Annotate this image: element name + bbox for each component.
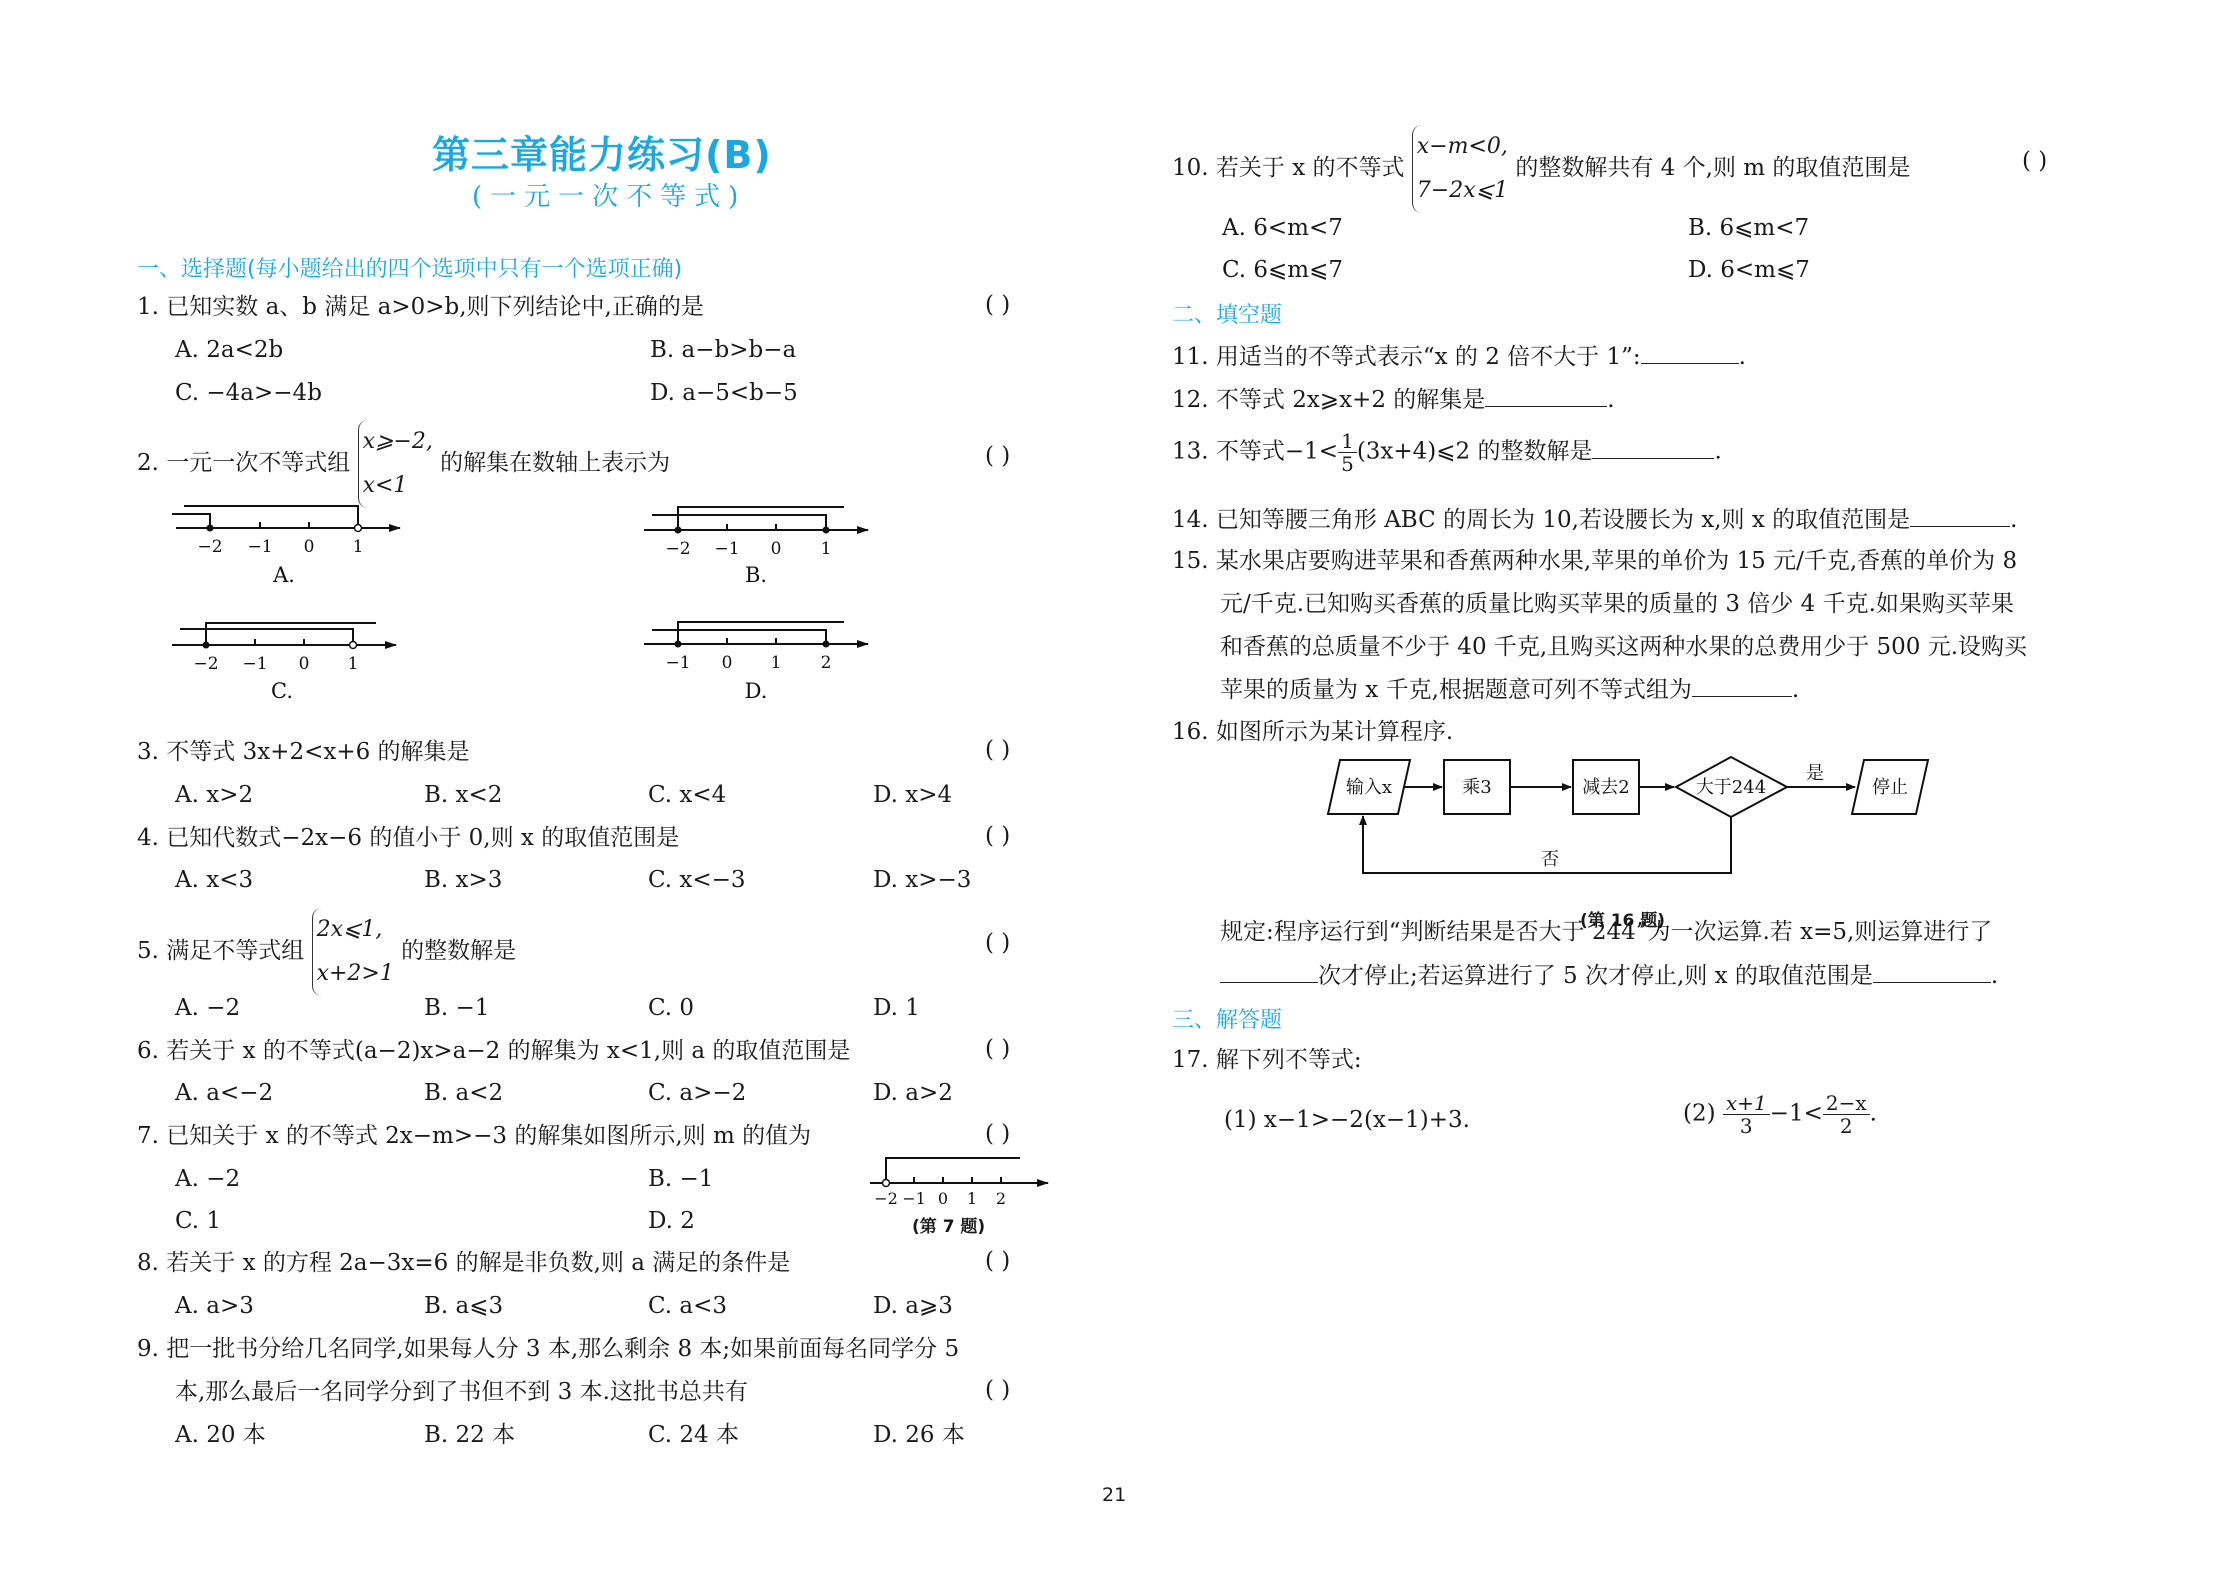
answer-blank-9[interactable]: ( ) (985, 1377, 1010, 1403)
flow-yes-label: 是 (1806, 763, 1824, 784)
question-8: 8. 若关于 x 的方程 2a−3x=6 的解是非负数,则 a 满足的条件是 (137, 1248, 790, 1278)
svg-text:1: 1 (771, 653, 782, 673)
choice-9a[interactable]: A. 20 本 (175, 1420, 266, 1450)
choice-8c[interactable]: C. a<3 (648, 1291, 727, 1321)
choice-5d[interactable]: D. 1 (873, 993, 920, 1023)
choice-5b[interactable]: B. −1 (424, 993, 489, 1023)
choice-6c[interactable]: C. a>−2 (648, 1078, 746, 1108)
q2-number-lines: −2 −1 0 1 A. −2 −1 0 1 B. −2 −1 0 1 C. −… (0, 0, 1100, 720)
question-text: 若关于 x 的不等式(a−2)x>a−2 的解集为 x<1,则 a 的取值范围是 (166, 1038, 850, 1064)
svg-text:0: 0 (771, 539, 782, 559)
fill-blank-16b[interactable] (1873, 960, 1991, 983)
choice-3a[interactable]: A. x>2 (175, 780, 253, 810)
choice-8a[interactable]: A. a>3 (175, 1291, 254, 1321)
svg-text:−2: −2 (197, 537, 222, 557)
fill-blank-13[interactable] (1592, 436, 1714, 459)
answer-blank-4[interactable]: ( ) (985, 823, 1010, 849)
choice-8b[interactable]: B. a⩽3 (424, 1291, 503, 1321)
question-14: 14. 已知等腰三角形 ABC 的周长为 10,若设腰长为 x,则 x 的取值范… (1172, 504, 2017, 535)
choice-7c[interactable]: C. 1 (175, 1206, 221, 1236)
question-number: 17. (1172, 1047, 1209, 1073)
flow-step1-label: 乘3 (1462, 777, 1491, 798)
choice-2b[interactable]: B. (745, 563, 767, 587)
svg-text:1: 1 (348, 654, 359, 674)
page-number: 21 (1102, 1484, 1126, 1506)
question-16-rule-line2: 次才停止;若运算进行了 5 次才停止,则 x 的取值范围是. (1220, 960, 1998, 991)
question-15-line4: 苹果的质量为 x 千克,根据题意可列不等式组为. (1220, 674, 1799, 705)
choice-9b[interactable]: B. 22 本 (424, 1420, 515, 1450)
choice-10b[interactable]: B. 6⩽m<7 (1688, 213, 1809, 243)
question-13: 13. 不等式−1<15(3x+4)⩽2 的整数解是. (1172, 430, 1722, 475)
choice-7b[interactable]: B. −1 (648, 1164, 713, 1194)
choice-8d[interactable]: D. a⩾3 (873, 1291, 953, 1321)
choice-7d[interactable]: D. 2 (648, 1206, 695, 1236)
question-15-line2: 元/千克.已知购买香蕉的质量比购买苹果的质量的 3 倍少 4 千克.如果购买苹果 (1220, 589, 2014, 619)
choice-3b[interactable]: B. x<2 (424, 780, 502, 810)
fraction: 2−x2 (1823, 1092, 1870, 1137)
svg-text:−1: −1 (665, 653, 690, 673)
section-heading-solve: 三、解答题 (1172, 1003, 1282, 1034)
answer-blank-10[interactable]: ( ) (2022, 148, 2047, 174)
answer-blank-7[interactable]: ( ) (985, 1121, 1010, 1147)
question-number: 16. (1172, 719, 1209, 745)
svg-text:−2: −2 (874, 1189, 898, 1208)
question-number: 3. (137, 739, 159, 765)
svg-text:0: 0 (299, 654, 310, 674)
choice-4b[interactable]: B. x>3 (424, 865, 502, 895)
flow-step2-label: 减去2 (1582, 777, 1629, 798)
question-number: 13. (1172, 439, 1209, 465)
question-7: 7. 已知关于 x 的不等式 2x−m>−3 的解集如图所示,则 m 的值为 (137, 1121, 811, 1151)
question-text: 某水果店要购进苹果和香蕉两种水果,苹果的单价为 15 元/千克,香蕉的单价为 8 (1216, 548, 2017, 574)
question-number: 10. (1172, 155, 1209, 181)
flow-input-label: 输入x (1346, 777, 1392, 798)
question-16-rule-line1: 规定:程序运行到“判断结果是否大于 244”为一次运算.若 x=5,则运算进行了 (1220, 917, 1992, 947)
question-text: 若关于 x 的方程 2a−3x=6 的解是非负数,则 a 满足的条件是 (166, 1250, 790, 1276)
question-number: 14. (1172, 507, 1209, 533)
fill-blank-16a[interactable] (1220, 960, 1318, 983)
svg-text:−1: −1 (247, 537, 272, 557)
question-9-line2: 本,那么最后一名同学分到了书但不到 3 本.这批书总共有 (175, 1377, 748, 1407)
question-text: 不等式 3x+2<x+6 的解集是 (166, 739, 469, 765)
svg-text:−2: −2 (665, 539, 690, 559)
choice-3c[interactable]: C. x<4 (648, 780, 726, 810)
question-number: 7. (137, 1123, 159, 1149)
svg-text:−1: −1 (902, 1189, 926, 1208)
choice-10a[interactable]: A. 6<m<7 (1222, 213, 1343, 243)
question-5: 5. 满足不等式组 2x⩽1, x+2>1 的整数解是 (137, 908, 516, 996)
question-number: 8. (137, 1250, 159, 1276)
question-text: 已知代数式−2x−6 的值小于 0,则 x 的取值范围是 (166, 825, 679, 851)
fraction: 15 (1338, 430, 1357, 475)
question-text: 把一批书分给几名同学,如果每人分 3 本,那么剩余 8 本;如果前面每名同学分 … (166, 1336, 959, 1362)
question-text: 不等式−1< (1216, 439, 1338, 465)
choice-6a[interactable]: A. a<−2 (175, 1078, 273, 1108)
question-9: 9. 把一批书分给几名同学,如果每人分 3 本,那么剩余 8 本;如果前面每名同… (137, 1334, 959, 1364)
answer-blank-6[interactable]: ( ) (985, 1036, 1010, 1062)
fill-blank-12[interactable] (1485, 384, 1607, 407)
question-17: 17. 解下列不等式: (1172, 1045, 1362, 1075)
fill-blank-11[interactable] (1641, 341, 1739, 364)
question-number: 4. (137, 825, 159, 851)
choice-2a[interactable]: A. (272, 563, 295, 587)
svg-text:1: 1 (353, 537, 364, 557)
inequality-system: 2x⩽1, x+2>1 (312, 908, 394, 996)
fill-blank-15[interactable] (1692, 674, 1792, 697)
svg-text:0: 0 (938, 1189, 948, 1208)
svg-text:0: 0 (722, 653, 733, 673)
choice-10d[interactable]: D. 6<m⩽7 (1688, 255, 1810, 285)
figure-caption-7: (第 7 题) (912, 1212, 985, 1237)
flowchart: 输入x 乘3 减去2 大于244 停止 是 否 (1310, 745, 1950, 895)
question-12: 12. 不等式 2x⩾x+2 的解集是. (1172, 384, 1615, 415)
question-number: 15. (1172, 548, 1209, 574)
question-number: 6. (137, 1038, 159, 1064)
flow-stop-label: 停止 (1872, 777, 1908, 798)
question-number: 9. (137, 1336, 159, 1362)
question-17-part1: (1) x−1>−2(x−1)+3. (1224, 1105, 1470, 1135)
choice-2d[interactable]: D. (745, 679, 768, 703)
inequality-system: x−m<0, 7−2x⩽1 (1412, 125, 1508, 213)
flow-no-label: 否 (1541, 849, 1559, 870)
choice-6d[interactable]: D. a>2 (873, 1078, 953, 1108)
choice-2c[interactable]: C. (271, 679, 293, 703)
svg-text:−1: −1 (242, 654, 267, 674)
choice-4d[interactable]: D. x>−3 (873, 865, 971, 895)
choice-4a[interactable]: A. x<3 (175, 865, 253, 895)
question-10: 10. 若关于 x 的不等式 x−m<0, 7−2x⩽1 的整数解共有 4 个,… (1172, 125, 1910, 213)
svg-text:1: 1 (967, 1189, 977, 1208)
question-text: (3x+4)⩽2 的整数解是 (1357, 439, 1593, 465)
question-text: 不等式 2x⩾x+2 的解集是 (1216, 387, 1485, 413)
choice-5c[interactable]: C. 0 (648, 993, 694, 1023)
answer-blank-3[interactable]: ( ) (985, 737, 1010, 763)
svg-text:−2: −2 (193, 654, 218, 674)
question-number: 5. (137, 938, 159, 964)
question-number: 12. (1172, 387, 1209, 413)
svg-text:−1: −1 (714, 539, 739, 559)
question-text: 如图所示为某计算程序. (1216, 719, 1453, 745)
svg-text:1: 1 (821, 539, 832, 559)
svg-text:2: 2 (821, 653, 832, 673)
question-text: 的整数解共有 4 个,则 m 的取值范围是 (1515, 155, 1910, 181)
choice-5a[interactable]: A. −2 (175, 993, 240, 1023)
question-text: 已知等腰三角形 ABC 的周长为 10,若设腰长为 x,则 x 的取值范围是 (1216, 507, 1910, 533)
question-6: 6. 若关于 x 的不等式(a−2)x>a−2 的解集为 x<1,则 a 的取值… (137, 1036, 850, 1066)
choice-9c[interactable]: C. 24 本 (648, 1420, 739, 1450)
question-16: 16. 如图所示为某计算程序. (1172, 717, 1453, 747)
question-number: 11. (1172, 344, 1209, 370)
question-15-line3: 和香蕉的总质量不少于 40 千克,且购买这两种水果的总费用少于 500 元.设购… (1220, 632, 2027, 662)
choice-9d[interactable]: D. 26 本 (873, 1420, 965, 1450)
fraction: x+13 (1723, 1092, 1770, 1137)
choice-7a[interactable]: A. −2 (175, 1164, 240, 1194)
question-text: 满足不等式组 (166, 938, 304, 964)
choice-10c[interactable]: C. 6⩽m⩽7 (1222, 255, 1343, 285)
question-3: 3. 不等式 3x+2<x+6 的解集是 (137, 737, 470, 767)
choice-3d[interactable]: D. x>4 (873, 780, 952, 810)
question-text: 若关于 x 的不等式 (1216, 155, 1405, 181)
question-text: 解下列不等式: (1216, 1047, 1362, 1073)
svg-text:2: 2 (996, 1189, 1006, 1208)
question-text: 的整数解是 (401, 938, 516, 964)
question-11: 11. 用适当的不等式表示“x 的 2 倍不大于 1”:. (1172, 341, 1746, 372)
fill-blank-14[interactable] (1910, 504, 2010, 527)
choice-6b[interactable]: B. a<2 (424, 1078, 503, 1108)
flow-decision-label: 大于244 (1696, 777, 1766, 798)
section-heading-fill: 二、填空题 (1172, 298, 1282, 329)
question-17-part2: (2) x+13−1<2−x2. (1683, 1092, 1877, 1137)
question-15: 15. 某水果店要购进苹果和香蕉两种水果,苹果的单价为 15 元/千克,香蕉的单… (1172, 546, 2017, 576)
question-4: 4. 已知代数式−2x−6 的值小于 0,则 x 的取值范围是 (137, 823, 679, 853)
answer-blank-5[interactable]: ( ) (985, 930, 1010, 956)
question-text: 用适当的不等式表示“x 的 2 倍不大于 1”: (1216, 344, 1641, 370)
question-text: 已知关于 x 的不等式 2x−m>−3 的解集如图所示,则 m 的值为 (166, 1123, 811, 1149)
svg-text:0: 0 (304, 537, 315, 557)
answer-blank-8[interactable]: ( ) (985, 1248, 1010, 1274)
choice-4c[interactable]: C. x<−3 (648, 865, 746, 895)
